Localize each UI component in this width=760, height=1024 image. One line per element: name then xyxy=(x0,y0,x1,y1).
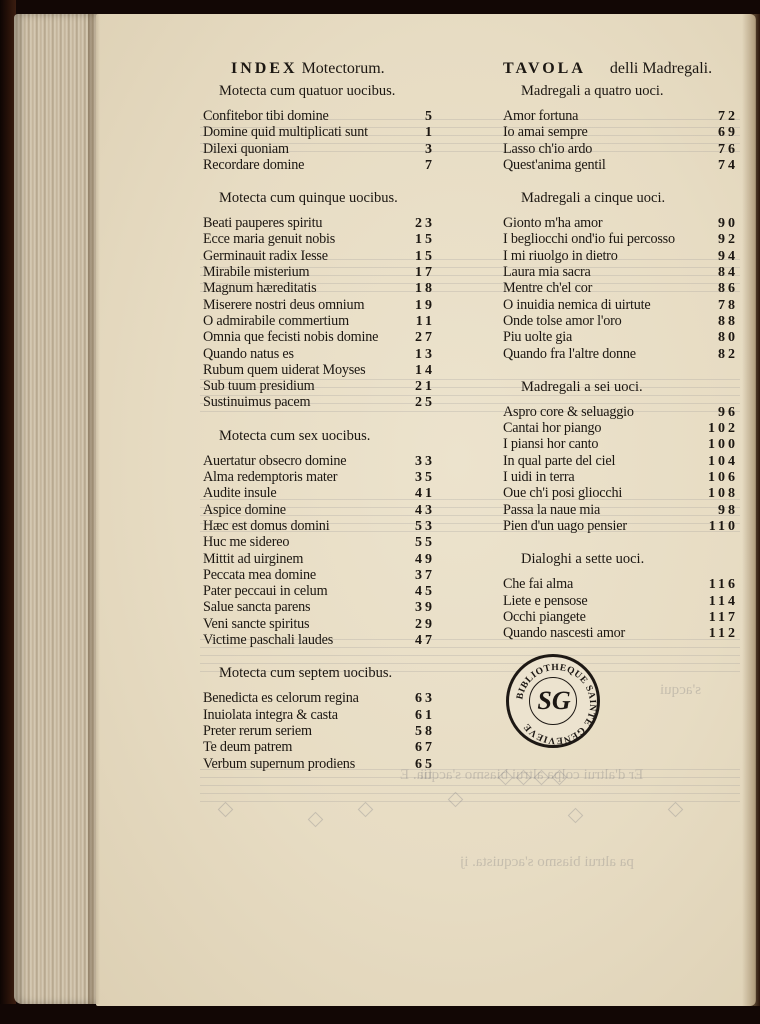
index-entry: Sub tuum presidium21 xyxy=(203,378,435,394)
index-entry: Quest'anima gentil74 xyxy=(503,157,738,173)
entry-title: Rubum quem uiderat Moyses xyxy=(203,362,365,378)
index-entry: Alma redemptoris mater35 xyxy=(203,469,435,485)
index-entry: Passa la naue mia98 xyxy=(503,502,738,518)
entry-page: 90 xyxy=(704,216,738,232)
index-entry: Occhi piangete117 xyxy=(503,609,738,625)
index-entry: Quando fra l'altre donne82 xyxy=(503,346,738,362)
entry-page: 33 xyxy=(401,454,435,470)
entry-page: 45 xyxy=(401,584,435,600)
entry-title: Germinauit radix Iesse xyxy=(203,248,328,264)
index-entry: Mittit ad uirginem49 xyxy=(203,551,435,567)
tavola-title: TAVOLA delli Madregali. xyxy=(503,58,738,80)
index-entry: Cantai hor piango102 xyxy=(503,420,738,436)
entry-page: 15 xyxy=(401,232,435,248)
index-entry: Liete e pensose114 xyxy=(503,593,738,609)
section-heading: Madregali a quatro uoci. xyxy=(503,80,738,102)
index-entry: Aspro core & seluaggio96 xyxy=(503,404,738,420)
entry-page: 58 xyxy=(401,724,435,740)
entry-title: Preter rerum seriem xyxy=(203,723,312,739)
entry-page: 102 xyxy=(704,421,738,437)
entry-page: 69 xyxy=(704,125,738,141)
index-entry: O inuidia nemica di uirtute78 xyxy=(503,297,738,313)
entry-title: I piansi hor canto xyxy=(503,436,598,452)
entry-page: 82 xyxy=(704,347,738,363)
entry-title: Beati pauperes spiritu xyxy=(203,215,322,231)
index-entry: Audite insule41 xyxy=(203,485,435,501)
section-heading: Motecta cum quatuor uocibus. xyxy=(203,80,435,102)
entry-page: 5 xyxy=(401,109,435,125)
entry-page: 94 xyxy=(704,249,738,265)
gutter-shadow xyxy=(88,14,100,1004)
entry-title: Omnia que fecisti nobis domine xyxy=(203,329,378,345)
book-cover-top xyxy=(0,0,760,14)
entry-title: Alma redemptoris mater xyxy=(203,469,337,485)
entry-page: 104 xyxy=(704,454,738,470)
entry-page: 116 xyxy=(704,577,738,593)
entry-title: Verbum supernum prodiens xyxy=(203,756,355,772)
index-entry: Sustinuimus pacem25 xyxy=(203,394,435,410)
index-entry: Laura mia sacra84 xyxy=(503,264,738,280)
entry-page: 67 xyxy=(401,740,435,756)
entry-title: Sustinuimus pacem xyxy=(203,394,310,410)
entry-title: I mi riuolgo in dietro xyxy=(503,248,618,264)
index-entry: Aspice domine43 xyxy=(203,502,435,518)
entry-title: Io amai sempre xyxy=(503,124,588,140)
index-entry: Pien d'un uago pensier110 xyxy=(503,518,738,534)
section-five-voices: Motecta cum quinque uocibus. Beati paupe… xyxy=(203,187,435,411)
index-entry: I mi riuolgo in dietro94 xyxy=(503,248,738,264)
entry-title: Pien d'un uago pensier xyxy=(503,518,627,534)
entry-title: Piu uolte gia xyxy=(503,329,572,345)
entry-page: 25 xyxy=(401,395,435,411)
entry-title: Quando natus es xyxy=(203,346,294,362)
entry-title: Victime paschali laudes xyxy=(203,632,333,648)
entry-title: Cantai hor piango xyxy=(503,420,601,436)
entry-title: Oue ch'i posi gliocchi xyxy=(503,485,622,501)
entry-page: 27 xyxy=(401,330,435,346)
entry-page: 18 xyxy=(401,281,435,297)
section-heading: Motecta cum sex uocibus. xyxy=(203,425,435,447)
page-right-edge xyxy=(742,14,760,1006)
entry-title: Dilexi quoniam xyxy=(203,141,289,157)
entry-title: Peccata mea domine xyxy=(203,567,316,583)
index-entry: Benedicta es celorum regina63 xyxy=(203,690,435,706)
section-madregali-four: Madregali a quatro uoci. Amor fortuna72 … xyxy=(503,80,738,173)
entry-title: I uidi in terra xyxy=(503,469,574,485)
entry-title: Salue sancta parens xyxy=(203,599,310,615)
entry-page: 55 xyxy=(401,535,435,551)
entry-page: 76 xyxy=(704,142,738,158)
index-entry: Inuiolata integra & casta61 xyxy=(203,707,435,723)
index-entry: Quando nascesti amor112 xyxy=(503,625,738,641)
entry-page: 19 xyxy=(401,298,435,314)
entry-title: Onde tolse amor l'oro xyxy=(503,313,622,329)
index-entry: Io amai sempre69 xyxy=(503,124,738,140)
index-entry: Onde tolse amor l'oro88 xyxy=(503,313,738,329)
index-entry: Hæc est domus domini53 xyxy=(203,518,435,534)
entry-page: 29 xyxy=(401,617,435,633)
entry-title: Confitebor tibi domine xyxy=(203,108,329,124)
index-title-rest: Motectorum. xyxy=(302,60,385,77)
entry-title: Laura mia sacra xyxy=(503,264,591,280)
entry-title: Quando nascesti amor xyxy=(503,625,625,641)
entry-page: 108 xyxy=(704,486,738,502)
index-entry: Victime paschali laudes47 xyxy=(203,632,435,648)
section-heading: Madregali a cinque uoci. xyxy=(503,187,738,209)
entry-page: 92 xyxy=(704,232,738,248)
entry-page: 65 xyxy=(401,757,435,773)
section-six-voices: Motecta cum sex uocibus. Auertatur obsec… xyxy=(203,425,435,649)
index-entry: Magnum hæreditatis18 xyxy=(203,280,435,296)
index-title: INDEX Motectorum. xyxy=(203,58,435,80)
index-entry: Huc me sidereo55 xyxy=(203,534,435,550)
index-entry: Veni sancte spiritus29 xyxy=(203,616,435,632)
index-entry: Domine quid multiplicati sunt1 xyxy=(203,124,435,140)
entry-page: 37 xyxy=(401,568,435,584)
index-entry: O admirabile commertium11 xyxy=(203,313,435,329)
stamp-inner-circle: SG xyxy=(529,677,577,725)
entry-title: Benedicta es celorum regina xyxy=(203,690,359,706)
entry-page: 114 xyxy=(704,594,738,610)
entry-title: In qual parte del ciel xyxy=(503,453,615,469)
entry-page: 13 xyxy=(401,347,435,363)
entry-page: 3 xyxy=(401,142,435,158)
entry-page: 72 xyxy=(704,109,738,125)
index-entry: Gionto m'ha amor90 xyxy=(503,215,738,231)
index-motectorum: INDEX Motectorum. Motecta cum quatuor uo… xyxy=(203,58,435,772)
index-entry: I begliocchi ond'io fui percosso92 xyxy=(503,231,738,247)
entry-page: 7 xyxy=(401,158,435,174)
index-entry: Confitebor tibi domine5 xyxy=(203,108,435,124)
entry-title: Aspice domine xyxy=(203,502,286,518)
index-title-caps: INDEX xyxy=(231,60,298,77)
entry-title: Pater peccaui in celum xyxy=(203,583,327,599)
index-entry: Che fai alma116 xyxy=(503,576,738,592)
entry-page: 98 xyxy=(704,503,738,519)
index-entry: Peccata mea domine37 xyxy=(203,567,435,583)
index-entry: Amor fortuna72 xyxy=(503,108,738,124)
entry-page: 78 xyxy=(704,298,738,314)
entry-page: 53 xyxy=(401,519,435,535)
entry-title: Mittit ad uirginem xyxy=(203,551,303,567)
entry-title: Hæc est domus domini xyxy=(203,518,329,534)
entry-title: Te deum patrem xyxy=(203,739,292,755)
entry-page: 35 xyxy=(401,470,435,486)
section-heading: Dialoghi a sette uoci. xyxy=(503,548,738,570)
library-stamp: BIBLIOTHEQUE SAINTE GENEVIEVE SG xyxy=(506,654,600,748)
entry-page: 1 xyxy=(401,125,435,141)
entry-page: 63 xyxy=(401,691,435,707)
entry-title: Quest'anima gentil xyxy=(503,157,606,173)
entry-page: 14 xyxy=(401,363,435,379)
entry-title: Liete e pensose xyxy=(503,593,587,609)
index-entry: Salue sancta parens39 xyxy=(203,599,435,615)
entry-page: 17 xyxy=(401,265,435,281)
entry-page: 47 xyxy=(401,633,435,649)
stamp-monogram-icon: SG xyxy=(530,678,578,726)
entry-page: 106 xyxy=(704,470,738,486)
book-cover-bottom xyxy=(0,1004,760,1024)
entry-title: Mentre ch'el cor xyxy=(503,280,592,296)
index-entry: I uidi in terra106 xyxy=(503,469,738,485)
entry-title: O admirabile commertium xyxy=(203,313,349,329)
entry-title: I begliocchi ond'io fui percosso xyxy=(503,231,675,247)
index-entry: Quando natus es13 xyxy=(203,346,435,362)
section-heading: Motecta cum septem uocibus. xyxy=(203,662,435,684)
section-dialoghi-seven: Dialoghi a sette uoci. Che fai alma116 L… xyxy=(503,548,738,641)
index-entry: Mirabile misterium17 xyxy=(203,264,435,280)
entry-title: Inuiolata integra & casta xyxy=(203,707,338,723)
index-entry: In qual parte del ciel104 xyxy=(503,453,738,469)
entry-title: Che fai alma xyxy=(503,576,573,592)
entry-title: Occhi piangete xyxy=(503,609,586,625)
entry-page: 100 xyxy=(704,437,738,453)
index-entry: Pater peccaui in celum45 xyxy=(203,583,435,599)
entry-title: Quando fra l'altre donne xyxy=(503,346,636,362)
index-entry: Ecce maria genuit nobis15 xyxy=(203,231,435,247)
section-four-voices: Motecta cum quatuor uocibus. Confitebor … xyxy=(203,80,435,173)
index-entry: I piansi hor canto100 xyxy=(503,436,738,452)
index-entry: Te deum patrem67 xyxy=(203,739,435,755)
entry-title: Recordare domine xyxy=(203,157,304,173)
entry-page: 117 xyxy=(704,610,738,626)
section-heading: Motecta cum quinque uocibus. xyxy=(203,187,435,209)
index-entry: Piu uolte gia80 xyxy=(503,329,738,345)
entry-title: Huc me sidereo xyxy=(203,534,289,550)
entry-title: Aspro core & seluaggio xyxy=(503,404,634,420)
entry-page: 39 xyxy=(401,600,435,616)
entry-title: Magnum hæreditatis xyxy=(203,280,316,296)
entry-page: 23 xyxy=(401,216,435,232)
entry-title: Mirabile misterium xyxy=(203,264,309,280)
entry-title: O inuidia nemica di uirtute xyxy=(503,297,650,313)
entry-title: Sub tuum presidium xyxy=(203,378,314,394)
entry-title: Audite insule xyxy=(203,485,276,501)
index-entry: Miserere nostri deus omnium19 xyxy=(203,297,435,313)
index-entry: Auertatur obsecro domine33 xyxy=(203,453,435,469)
page-stack-edges xyxy=(14,14,98,1004)
index-entry: Oue ch'i posi gliocchi108 xyxy=(503,485,738,501)
entry-title: Auertatur obsecro domine xyxy=(203,453,346,469)
index-entry: Preter rerum seriem58 xyxy=(203,723,435,739)
entry-page: 49 xyxy=(401,552,435,568)
entry-page: 41 xyxy=(401,486,435,502)
entry-page: 61 xyxy=(401,708,435,724)
entry-page: 86 xyxy=(704,281,738,297)
tavola-madregali: TAVOLA delli Madregali. Madregali a quat… xyxy=(503,58,738,641)
entry-page: 80 xyxy=(704,330,738,346)
index-entry: Rubum quem uiderat Moyses14 xyxy=(203,362,435,378)
entry-title: Gionto m'ha amor xyxy=(503,215,602,231)
entry-title: Lasso ch'io ardo xyxy=(503,141,592,157)
entry-title: Miserere nostri deus omnium xyxy=(203,297,364,313)
entry-page: 74 xyxy=(704,158,738,174)
tavola-title-caps: TAVOLA xyxy=(503,60,586,77)
entry-page: 88 xyxy=(704,314,738,330)
section-heading: Madregali a sei uoci. xyxy=(503,376,738,398)
entry-page: 84 xyxy=(704,265,738,281)
section-madregali-five: Madregali a cinque uoci. Gionto m'ha amo… xyxy=(503,187,738,362)
entry-title: Amor fortuna xyxy=(503,108,578,124)
entry-page: 96 xyxy=(704,405,738,421)
index-entry: Omnia que fecisti nobis domine27 xyxy=(203,329,435,345)
entry-page: 43 xyxy=(401,503,435,519)
index-entry: Verbum supernum prodiens65 xyxy=(203,756,435,772)
entry-title: Veni sancte spiritus xyxy=(203,616,309,632)
index-entry: Germinauit radix Iesse15 xyxy=(203,248,435,264)
section-madregali-six: Madregali a sei uoci. Aspro core & selua… xyxy=(503,376,738,534)
index-entry: Beati pauperes spiritu23 xyxy=(203,215,435,231)
section-seven-voices: Motecta cum septem uocibus. Benedicta es… xyxy=(203,662,435,771)
entry-page: 15 xyxy=(401,249,435,265)
entry-title: Passa la naue mia xyxy=(503,502,600,518)
tavola-title-rest: delli Madregali. xyxy=(610,60,712,77)
entry-title: Ecce maria genuit nobis xyxy=(203,231,335,247)
index-entry: Lasso ch'io ardo76 xyxy=(503,141,738,157)
index-entry: Recordare domine7 xyxy=(203,157,435,173)
entry-title: Domine quid multiplicati sunt xyxy=(203,124,368,140)
index-entry: Mentre ch'el cor86 xyxy=(503,280,738,296)
entry-page: 112 xyxy=(704,626,738,642)
entry-page: 110 xyxy=(704,519,738,535)
entry-page: 11 xyxy=(401,314,435,330)
entry-page: 21 xyxy=(401,379,435,395)
index-entry: Dilexi quoniam3 xyxy=(203,141,435,157)
